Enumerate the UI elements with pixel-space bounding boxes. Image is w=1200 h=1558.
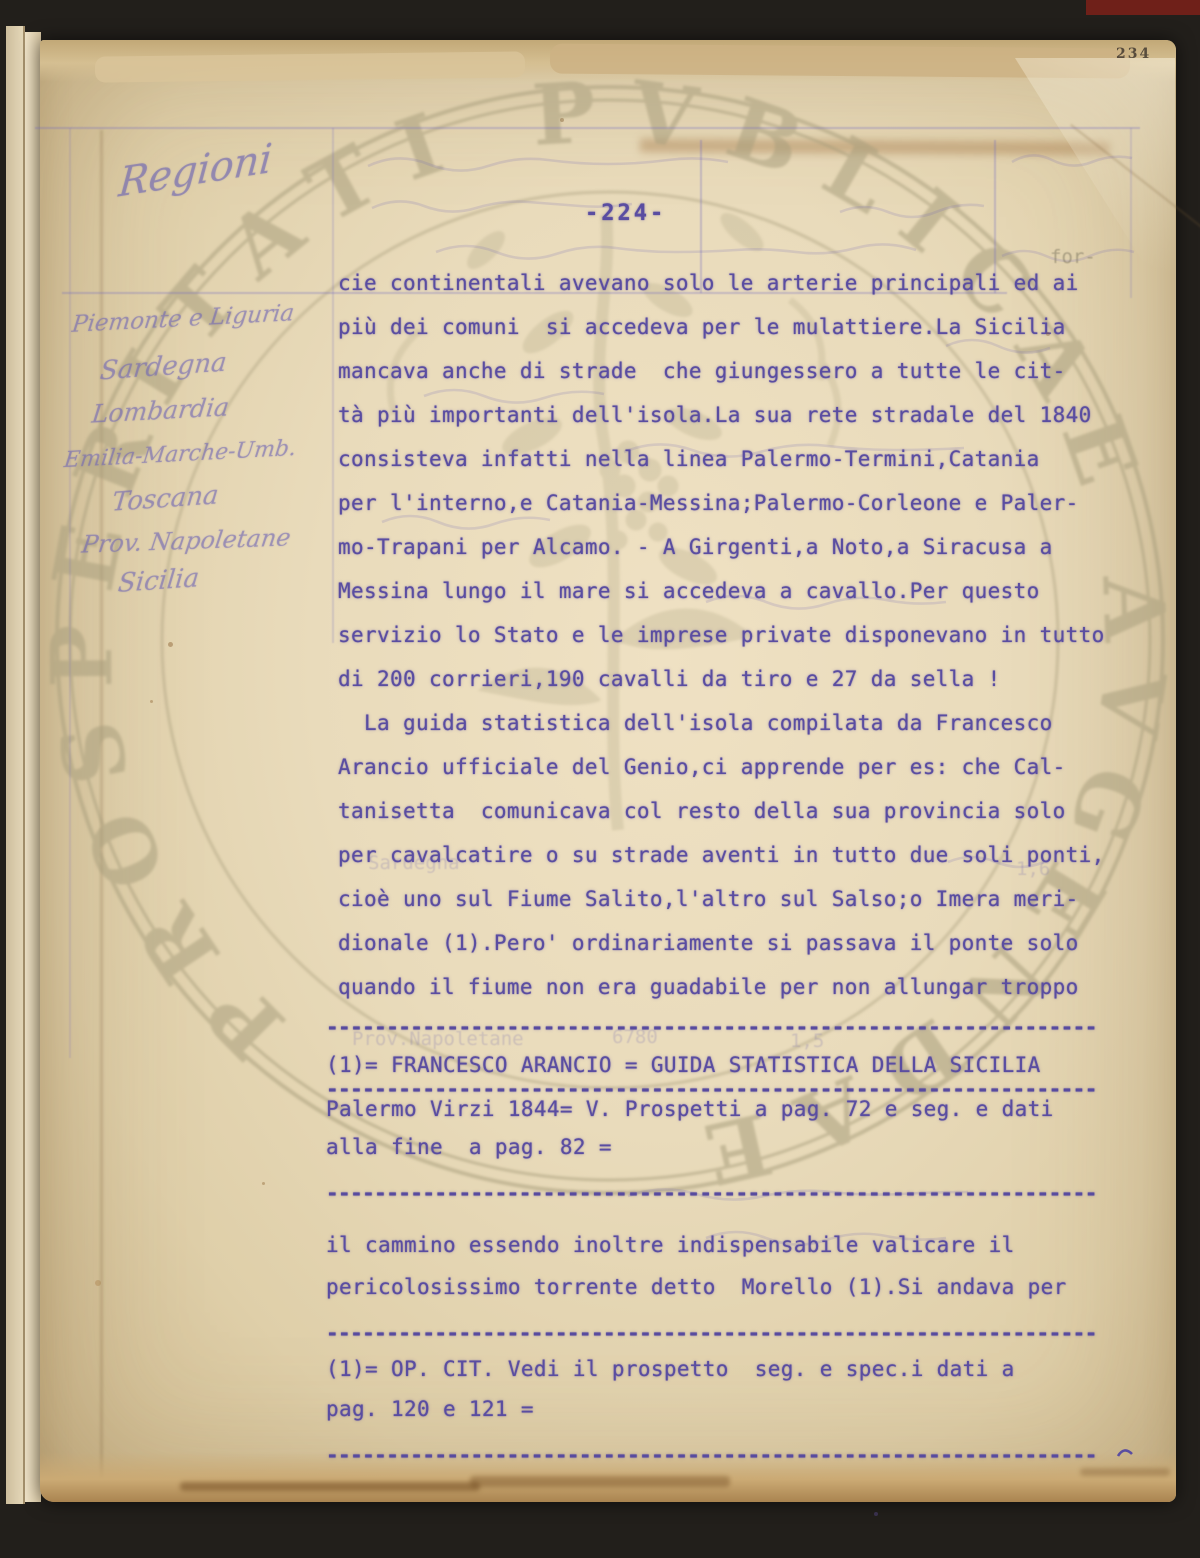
typed-text-line: mo-Trapani per Alcamo. - A Girgenti,a No… [338, 534, 1053, 561]
typed-text-line: più dei comuni si accedeva per le mulatt… [338, 314, 1066, 341]
typed-separator-line: ----------------------------------------… [326, 1180, 1097, 1207]
showthrough-fragment: Sardegna [368, 852, 460, 874]
stain [640, 138, 1110, 155]
page-number: -224- [585, 200, 666, 227]
typed-text-line: mancava anche di strade che giungessero … [338, 358, 1066, 385]
typed-text-line: (1)= OP. CIT. Vedi il prospetto seg. e s… [326, 1356, 1015, 1383]
page-stack-edge [6, 26, 25, 1504]
table-rule-vertical [69, 128, 71, 1058]
typed-text-line: tà più importanti dell'isola.La sua rete… [338, 402, 1092, 429]
typed-text-line: quando il fiume non era guadabile per no… [338, 974, 1079, 1001]
typed-separator-line: ----------------------------------------… [326, 1320, 1097, 1347]
showthrough-fragment: 1,6 [1016, 858, 1050, 880]
typed-text-line: cioè uno sul Fiume Salito,l'altro sul Sa… [338, 886, 1079, 913]
stain [470, 1476, 730, 1487]
typed-text-line: per l'interno,e Catania-Messina;Palermo-… [338, 490, 1079, 517]
typed-text-line: Messina lungo il mare si accedeva a cava… [338, 578, 1040, 605]
typed-text-line: alla fine a pag. 82 = [326, 1134, 612, 1161]
foxing-spot [1046, 332, 1050, 336]
foxing-spot [560, 118, 564, 122]
typed-text-line: servizio lo Stato e le imprese private d… [338, 622, 1105, 649]
foxing-spot [168, 642, 173, 647]
typed-text-line: di 200 corrieri,190 cavalli da tiro e 27… [338, 666, 1001, 693]
typed-text-line: dionale (1).Pero' ordinariamente si pass… [338, 930, 1079, 957]
margin-row-label: Sicilia [117, 563, 201, 599]
typed-text-line: La guida statistica dell'isola compilata… [338, 710, 1053, 737]
stain [1080, 1468, 1170, 1476]
typed-text-line: Arancio ufficiale del Genio,ci apprende … [338, 754, 1066, 781]
showthrough-fragment: 1,5 [790, 1030, 824, 1052]
table-rule-horizontal [35, 127, 1140, 129]
showthrough-fragment: Prov.Napoletane [352, 1028, 524, 1050]
typed-text-line: Palermo Virzi 1844= V. Prospetti a pag. … [326, 1096, 1054, 1123]
typed-text-line: il cammino essendo inoltre indispensabil… [326, 1232, 1015, 1259]
scanned-document-page: 234 PROSPERITATI PVBLICAE AVGENDAE [0, 0, 1200, 1558]
folio-stamp-number: 234 [1116, 46, 1151, 62]
table-rule-vertical [332, 128, 334, 643]
page-stack-edge [25, 32, 41, 1502]
typed-text-line: pag. 120 e 121 = [326, 1396, 534, 1423]
typed-text-line: cie continentali avevano solo le arterie… [338, 270, 1079, 297]
showthrough-fragment: for- [1050, 246, 1096, 268]
paper-fold [95, 51, 525, 82]
typed-text-line: tanisetta comunicava col resto della sua… [338, 798, 1066, 825]
typed-text-line: consisteva infatti nella linea Palermo-T… [338, 446, 1040, 473]
red-cover-corner [1086, 0, 1200, 15]
foxing-spot [150, 700, 153, 703]
foxing-spot [262, 1182, 265, 1185]
typed-text-line: pericolosissimo torrente detto Morello (… [326, 1274, 1067, 1301]
stain [180, 1482, 480, 1491]
table-rule-vertical [1130, 128, 1132, 298]
typed-separator-line: ----------------------------------------… [326, 1442, 1097, 1469]
typed-text-line: (1)= FRANCESCO ARANCIO = GUIDA STATISTIC… [326, 1052, 1041, 1079]
foxing-spot [95, 1280, 101, 1286]
ink-speck [874, 1512, 878, 1516]
showthrough-fragment: 6780 [612, 1026, 658, 1048]
